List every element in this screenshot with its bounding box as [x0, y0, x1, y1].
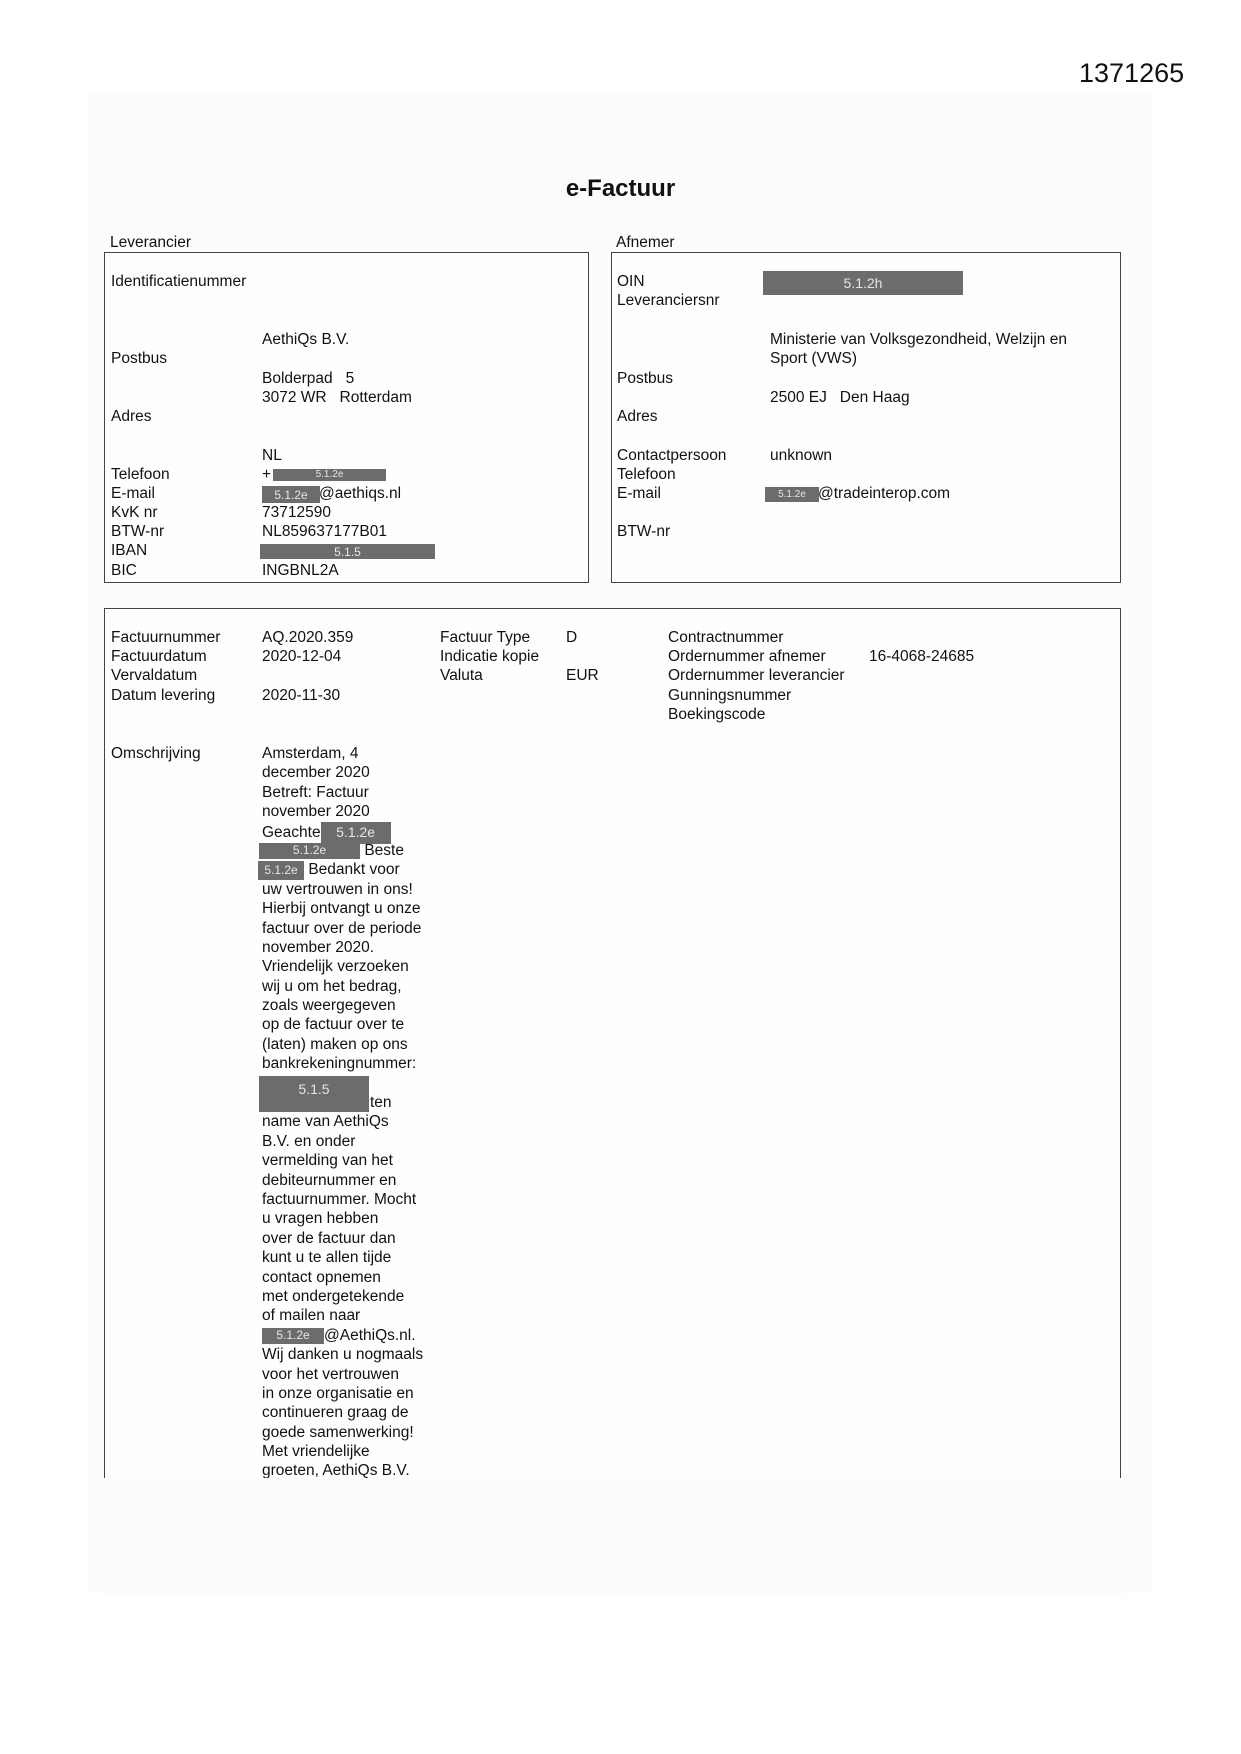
contractnummer-label: Contractnummer	[668, 628, 783, 647]
desc-line: debiteurnummer en	[262, 1171, 462, 1190]
desc-geachte: Geachte	[262, 824, 321, 841]
gunningsnummer-label: Gunningsnummer	[668, 686, 791, 705]
omschrijving-label: Omschrijving	[111, 744, 201, 763]
desc-line: op de factuur over te	[262, 1015, 462, 1034]
redaction-email-desc: 5.1.2e	[262, 1328, 324, 1344]
leverancier-country: NL	[262, 446, 282, 465]
desc-line: met ondergetekende	[262, 1287, 462, 1306]
leverancier-btw-value: NL859637177B01	[262, 522, 387, 541]
leverancier-identificatienummer-label: Identificatienummer	[111, 272, 246, 291]
datum-levering-label: Datum levering	[111, 686, 215, 705]
desc-line-iban: 5.1.5ten	[262, 1074, 462, 1113]
leverancier-adres-label: Adres	[111, 407, 152, 426]
desc-line: B.V. en onder	[262, 1132, 462, 1151]
redaction-telefoon: 5.1.2e	[273, 469, 386, 481]
leverancier-kvk-value: 73712590	[262, 503, 331, 522]
desc-bedankt: Bedankt voor	[308, 861, 399, 878]
afnemer-leveranciersnr-label: Leveranciersnr	[617, 291, 720, 310]
indicatie-kopie-label: Indicatie kopie	[440, 647, 539, 666]
desc-line: november 2020.	[262, 938, 462, 957]
factuurnummer-value: AQ.2020.359	[262, 628, 353, 647]
desc-ten: ten	[370, 1093, 392, 1112]
redaction-name-2: 5.1.2e	[259, 843, 360, 859]
redaction-oin: 5.1.2h	[763, 271, 963, 295]
desc-line: (laten) maken op ons	[262, 1035, 462, 1054]
desc-beste: Beste	[364, 842, 404, 859]
afnemer-label: Afnemer	[616, 234, 675, 252]
redaction-iban-desc: 5.1.5	[259, 1076, 369, 1112]
factuurdatum-label: Factuurdatum	[111, 647, 207, 666]
redaction-name-3: 5.1.2e	[258, 861, 304, 880]
factuur-type-label: Factuur Type	[440, 628, 530, 647]
factuur-type-value: D	[566, 628, 577, 647]
desc-line: Betreft: Factuur	[262, 783, 462, 802]
ordernummer-afnemer-value: 16-4068-24685	[869, 647, 974, 666]
desc-line: voor het vertrouwen	[262, 1365, 462, 1384]
leverancier-telefoon-label: Telefoon	[111, 465, 170, 484]
leverancier-name: AethiQs B.V.	[262, 330, 349, 349]
desc-line: Amsterdam, 4	[262, 744, 462, 763]
afnemer-contactpersoon-value: unknown	[770, 446, 832, 465]
desc-line: name van AethiQs	[262, 1112, 462, 1131]
leverancier-postbus-label: Postbus	[111, 349, 167, 368]
desc-line: factuurnummer. Mocht	[262, 1190, 462, 1209]
desc-line: wij u om het bedrag,	[262, 977, 462, 996]
vervaldatum-label: Vervaldatum	[111, 666, 197, 685]
desc-line-geachte: Geachte5.1.2e	[262, 822, 462, 841]
desc-line: of mailen naar	[262, 1306, 462, 1325]
afnemer-oin-label: OIN	[617, 272, 645, 291]
afnemer-telefoon-label: Telefoon	[617, 465, 676, 484]
page-title: e-Factuur	[0, 175, 1241, 203]
leverancier-label: Leverancier	[110, 234, 191, 252]
document-id: 1371265	[1079, 58, 1184, 89]
datum-levering-value: 2020-11-30	[262, 686, 340, 705]
ordernummer-leverancier-label: Ordernummer leverancier	[668, 666, 845, 685]
desc-line-bedankt: 5.1.2e Bedankt voor	[262, 860, 462, 879]
valuta-label: Valuta	[440, 666, 483, 685]
desc-line: Met vriendelijke	[262, 1442, 462, 1461]
leverancier-btw-label: BTW-nr	[111, 522, 164, 541]
desc-line: december 2020	[262, 763, 462, 782]
desc-line-beste: 5.1.2e Beste	[262, 841, 462, 860]
desc-line: vermelding van het	[262, 1151, 462, 1170]
redaction-iban: 5.1.5	[260, 544, 435, 559]
desc-line: november 2020	[262, 802, 462, 821]
afnemer-name-line2: Sport (VWS)	[770, 349, 857, 368]
leverancier-telefoon-prefix: +	[262, 465, 271, 484]
desc-line: goede samenwerking!	[262, 1423, 462, 1442]
afnemer-postbus-label: Postbus	[617, 369, 673, 388]
desc-line: in onze organisatie en	[262, 1384, 462, 1403]
desc-line: Wij danken u nogmaals	[262, 1345, 462, 1364]
afnemer-contactpersoon-label: Contactpersoon	[617, 446, 726, 465]
afnemer-email-domain: @tradeinterop.com	[818, 484, 950, 503]
leverancier-kvk-label: KvK nr	[111, 503, 158, 522]
desc-email-domain: @AethiQs.nl.	[324, 1327, 416, 1344]
leverancier-street: Bolderpad 5	[262, 369, 354, 388]
desc-line: factuur over de periode	[262, 919, 462, 938]
ordernummer-afnemer-label: Ordernummer afnemer	[668, 647, 826, 666]
afnemer-name-line1: Ministerie van Volksgezondheid, Welzijn …	[770, 330, 1067, 349]
afnemer-email-label: E-mail	[617, 484, 661, 503]
desc-line: continueren graag de	[262, 1403, 462, 1422]
desc-line: zoals weergegeven	[262, 996, 462, 1015]
factuurnummer-label: Factuurnummer	[111, 628, 220, 647]
valuta-value: EUR	[566, 666, 599, 685]
leverancier-iban-label: IBAN	[111, 541, 147, 560]
leverancier-email-domain: @aethiqs.nl	[319, 484, 401, 503]
redaction-afnemer-email: 5.1.2e	[765, 487, 819, 502]
desc-line: contact opnemen	[262, 1268, 462, 1287]
omschrijving-text: Amsterdam, 4 december 2020 Betreft: Fact…	[262, 744, 462, 1481]
desc-line: over de factuur dan	[262, 1229, 462, 1248]
desc-line: kunt u te allen tijde	[262, 1248, 462, 1267]
desc-line: uw vertrouwen in ons!	[262, 880, 462, 899]
leverancier-city: 3072 WR Rotterdam	[262, 388, 412, 407]
desc-line-email: 5.1.2e@AethiQs.nl.	[262, 1326, 462, 1345]
page-title-text: e-Factuur	[566, 175, 675, 202]
redaction-email: 5.1.2e	[262, 486, 320, 503]
desc-line: Hierbij ontvangt u onze	[262, 899, 462, 918]
desc-line: bankrekeningnummer:	[262, 1054, 462, 1073]
afnemer-city: 2500 EJ Den Haag	[770, 388, 910, 407]
desc-line: Vriendelijk verzoeken	[262, 957, 462, 976]
leverancier-bic-label: BIC	[111, 561, 137, 580]
page-cutoff	[104, 1478, 1122, 1598]
afnemer-adres-label: Adres	[617, 407, 658, 426]
boekingscode-label: Boekingscode	[668, 705, 765, 724]
desc-line: u vragen hebben	[262, 1209, 462, 1228]
leverancier-bic-value: INGBNL2A	[262, 561, 339, 580]
afnemer-btw-label: BTW-nr	[617, 522, 670, 541]
leverancier-email-label: E-mail	[111, 484, 155, 503]
factuurdatum-value: 2020-12-04	[262, 647, 341, 666]
factuur-box	[104, 608, 1121, 1508]
